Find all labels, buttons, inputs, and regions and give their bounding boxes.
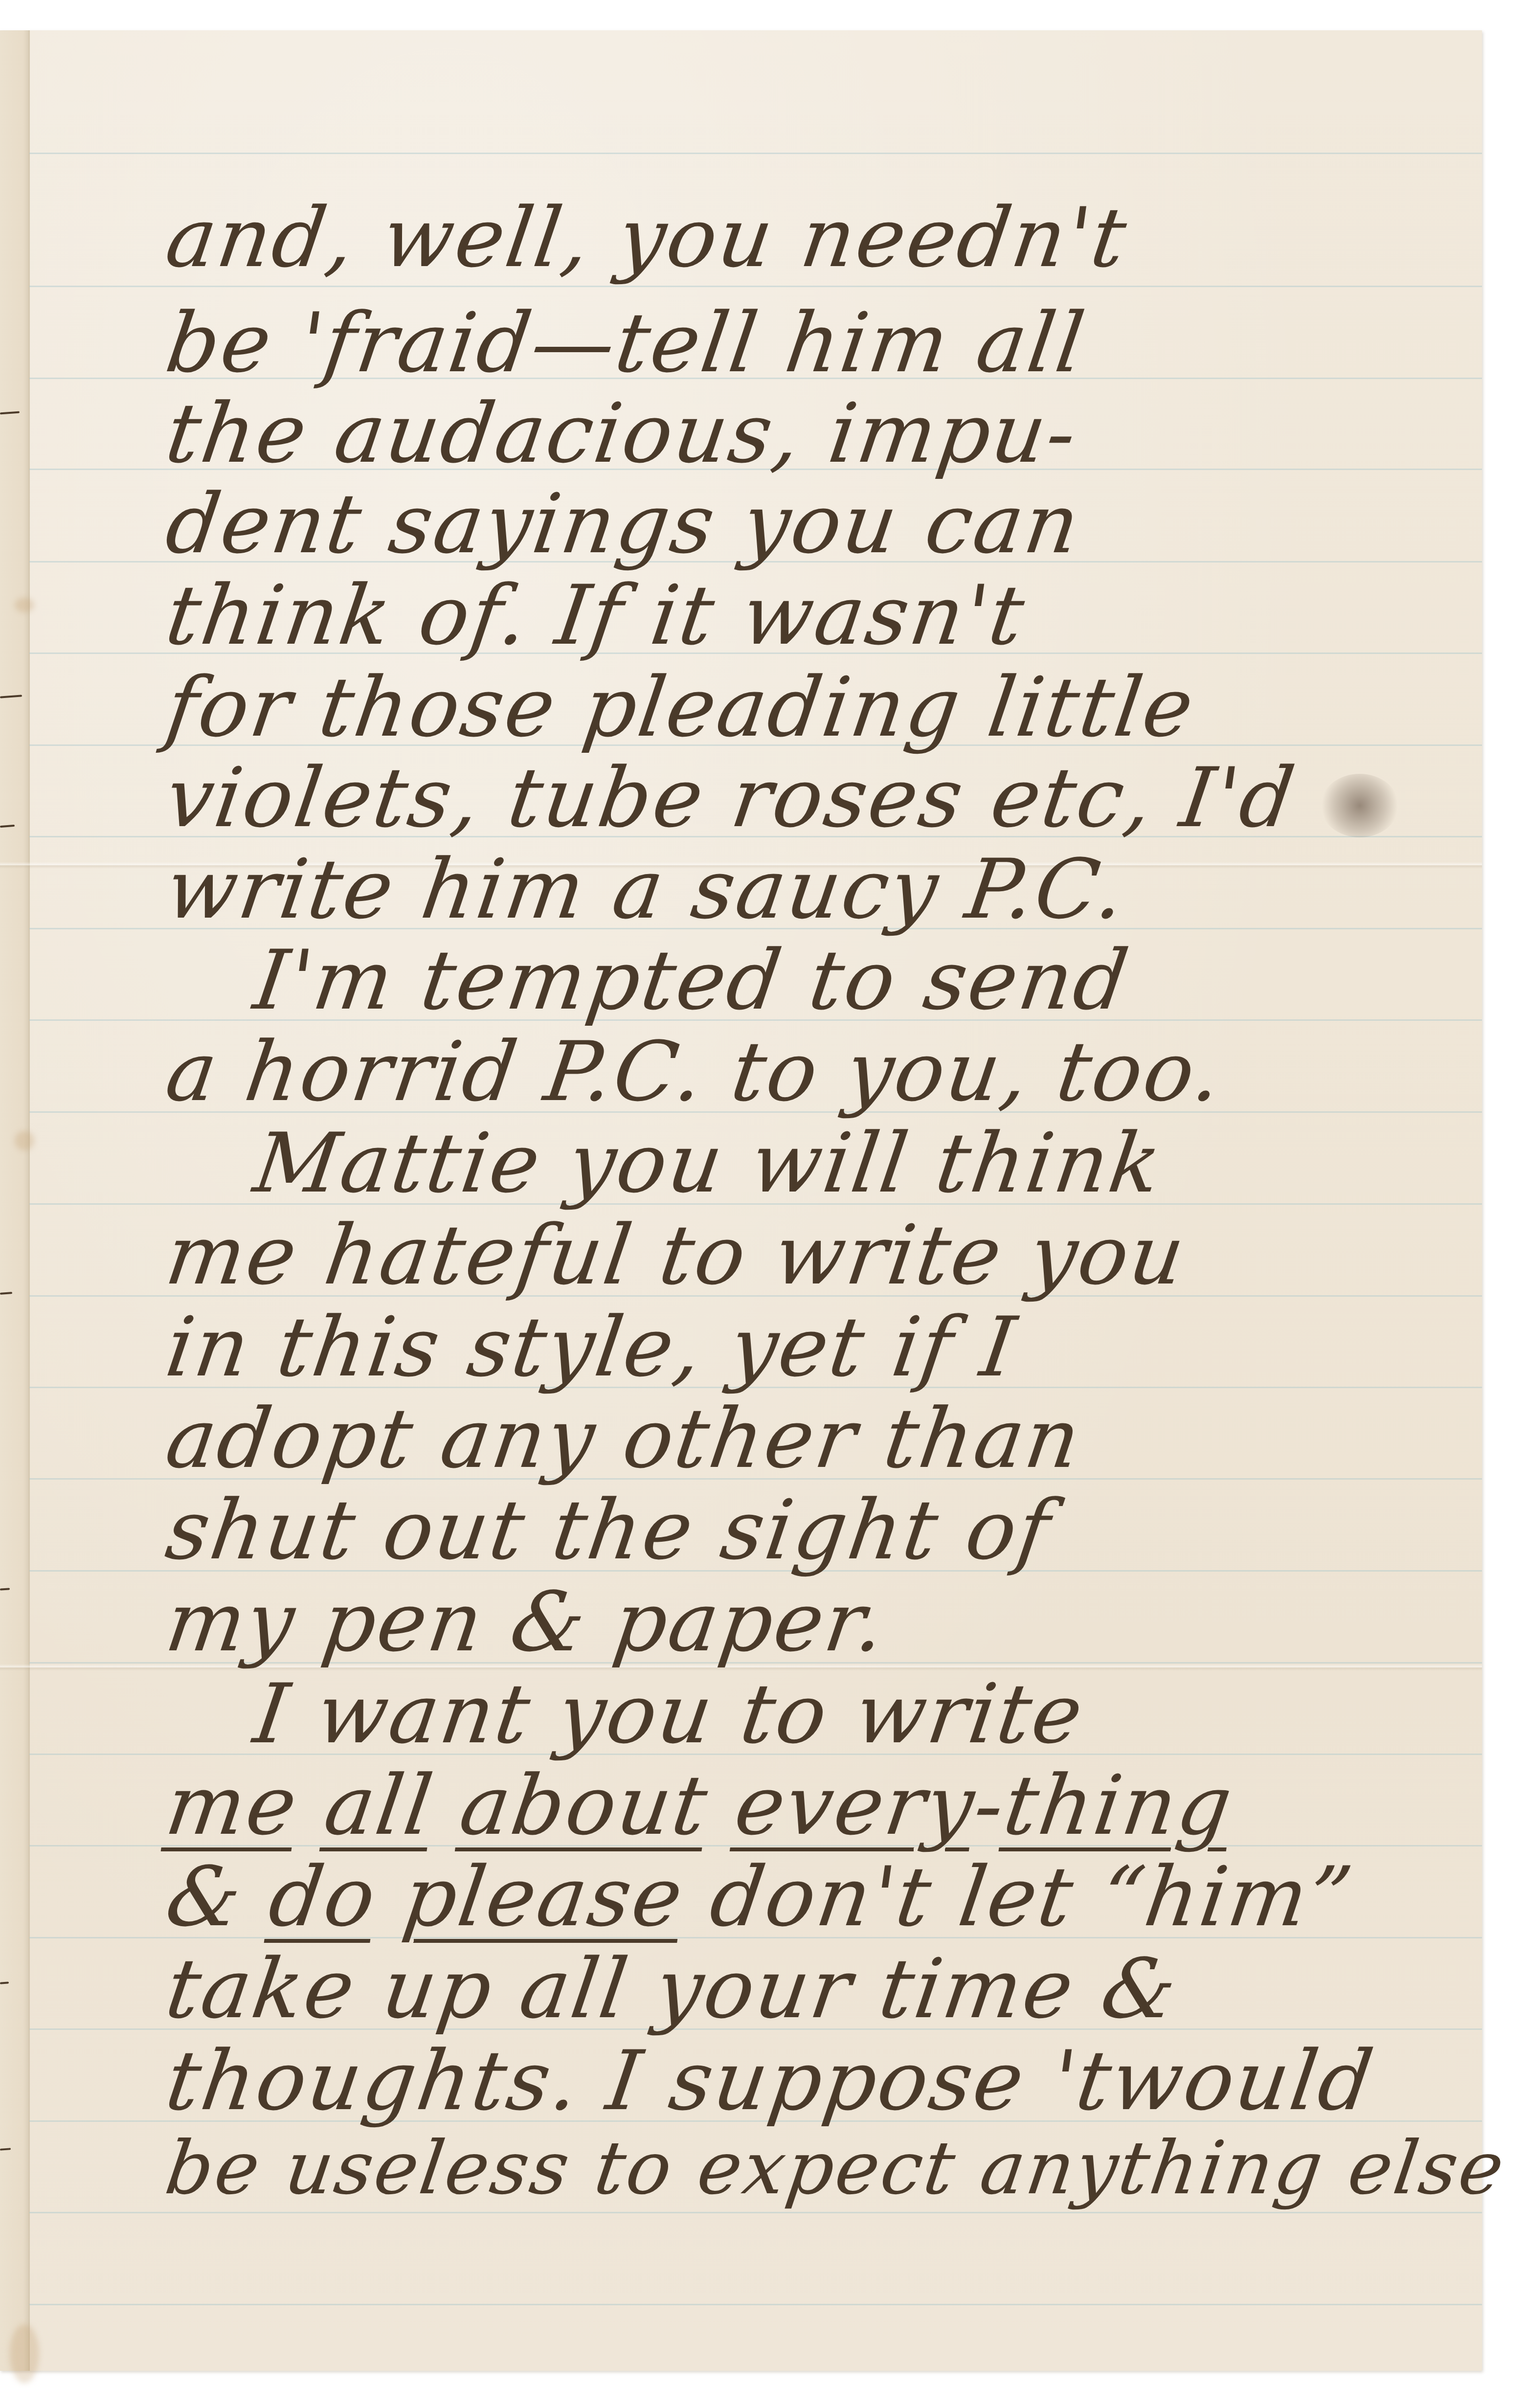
underlined-word: me	[160, 1757, 304, 1853]
ruled-line	[29, 2304, 1482, 2305]
underlined-word: every	[729, 1757, 982, 1853]
letter-line: thoughts. I suppose 'twould	[161, 2040, 1380, 2122]
paper-stain	[15, 598, 34, 612]
paper-stain	[10, 2324, 39, 2383]
letter-line: and, well, you needn't	[161, 197, 1133, 279]
letter-line: the audacious, impu-	[161, 392, 1083, 474]
letter-line: take up all your time &	[161, 1948, 1183, 2030]
letter-line: in this style, yet if I	[161, 1306, 1022, 1388]
ruled-line	[29, 2212, 1482, 2213]
letter-line: be 'fraid—tell him all	[161, 302, 1091, 384]
letter-line: & do please don't let “him”	[161, 1856, 1359, 1938]
letter-line: me hateful to write you	[161, 1214, 1191, 1296]
letter-line: I'm tempted to send	[249, 939, 1135, 1021]
letter-line: a horrid P.C. to you, too.	[161, 1031, 1228, 1113]
letter-line: be useless to expect anything else	[161, 2132, 1510, 2205]
paper-stain	[15, 1131, 34, 1150]
underlined-word: all	[319, 1757, 440, 1853]
underlined-word: thing	[998, 1757, 1239, 1853]
underlined-word: do	[264, 1849, 383, 1945]
page-fold-edge	[28, 30, 30, 2371]
letter-line: think of. If it wasn't	[161, 574, 1031, 656]
letter-line: I want you to write	[249, 1673, 1089, 1755]
letter-line: shut out the sight of	[161, 1489, 1056, 1571]
letter-line: adopt any other than	[161, 1397, 1087, 1480]
letter-line: violets, tube roses etc, I'd	[161, 757, 1301, 839]
letter-line: my pen & paper.	[161, 1581, 892, 1663]
ink-smudge	[1321, 774, 1399, 837]
letter-line: write him a saucy P.C.	[161, 848, 1131, 930]
letter-line: for those pleading little	[161, 666, 1200, 748]
ruled-line	[29, 286, 1482, 287]
letter-line: Mattie you will think	[249, 1122, 1167, 1204]
underlined-word: about	[454, 1757, 715, 1853]
ruled-line	[29, 153, 1482, 154]
letter-line: me all about every-thing	[161, 1764, 1238, 1846]
underlined-word: please	[398, 1849, 690, 1945]
letter-line: dent sayings you can	[161, 483, 1086, 565]
letter-page: and, well, you needn't be 'fraid—tell hi…	[0, 30, 1482, 2371]
adjacent-page-edge	[0, 30, 29, 2371]
